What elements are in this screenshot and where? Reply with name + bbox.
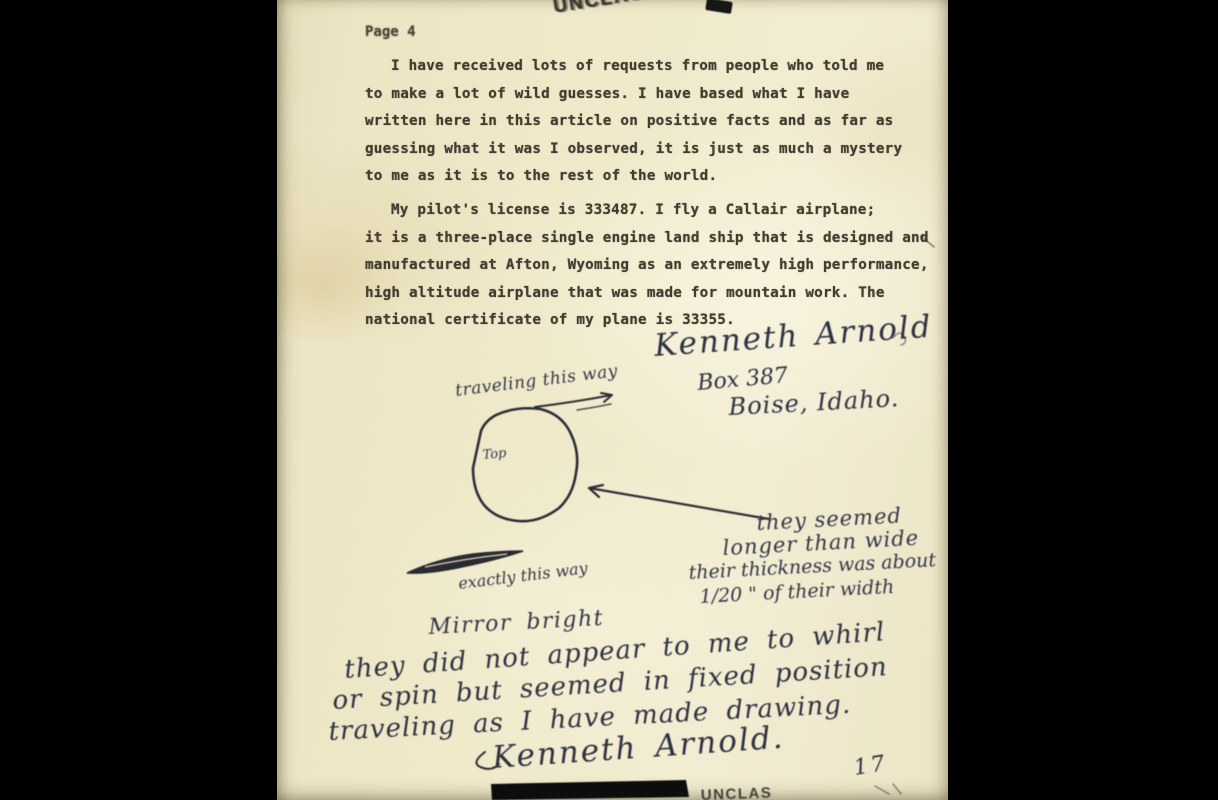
direction-label: traveling this way [454,361,619,401]
redaction-bar [491,780,689,800]
direction-arrow [535,395,612,407]
stray-mark [921,236,934,247]
signature-name: Kenneth Arnold [652,309,934,364]
stray-mark [875,784,901,794]
size-note-arrow [589,488,769,519]
top-view-label: Top [482,446,508,463]
handwritten-annotations-layer: Kenneth Arnold Box 387 Boise, Idaho. tra… [277,0,948,800]
scan-background: UNCLASSIFIED Page 4 I have received lots… [0,0,1218,800]
direction-underline [577,404,611,410]
saucer-top-view-sketch [473,408,577,521]
unclassified-stamp-bottom: UNCLAS [701,785,773,800]
letter-page: UNCLASSIFIED Page 4 I have received lots… [277,0,948,800]
handwritten-page-number: 17 [852,751,889,781]
brightness-note: Mirror bright [427,606,605,640]
